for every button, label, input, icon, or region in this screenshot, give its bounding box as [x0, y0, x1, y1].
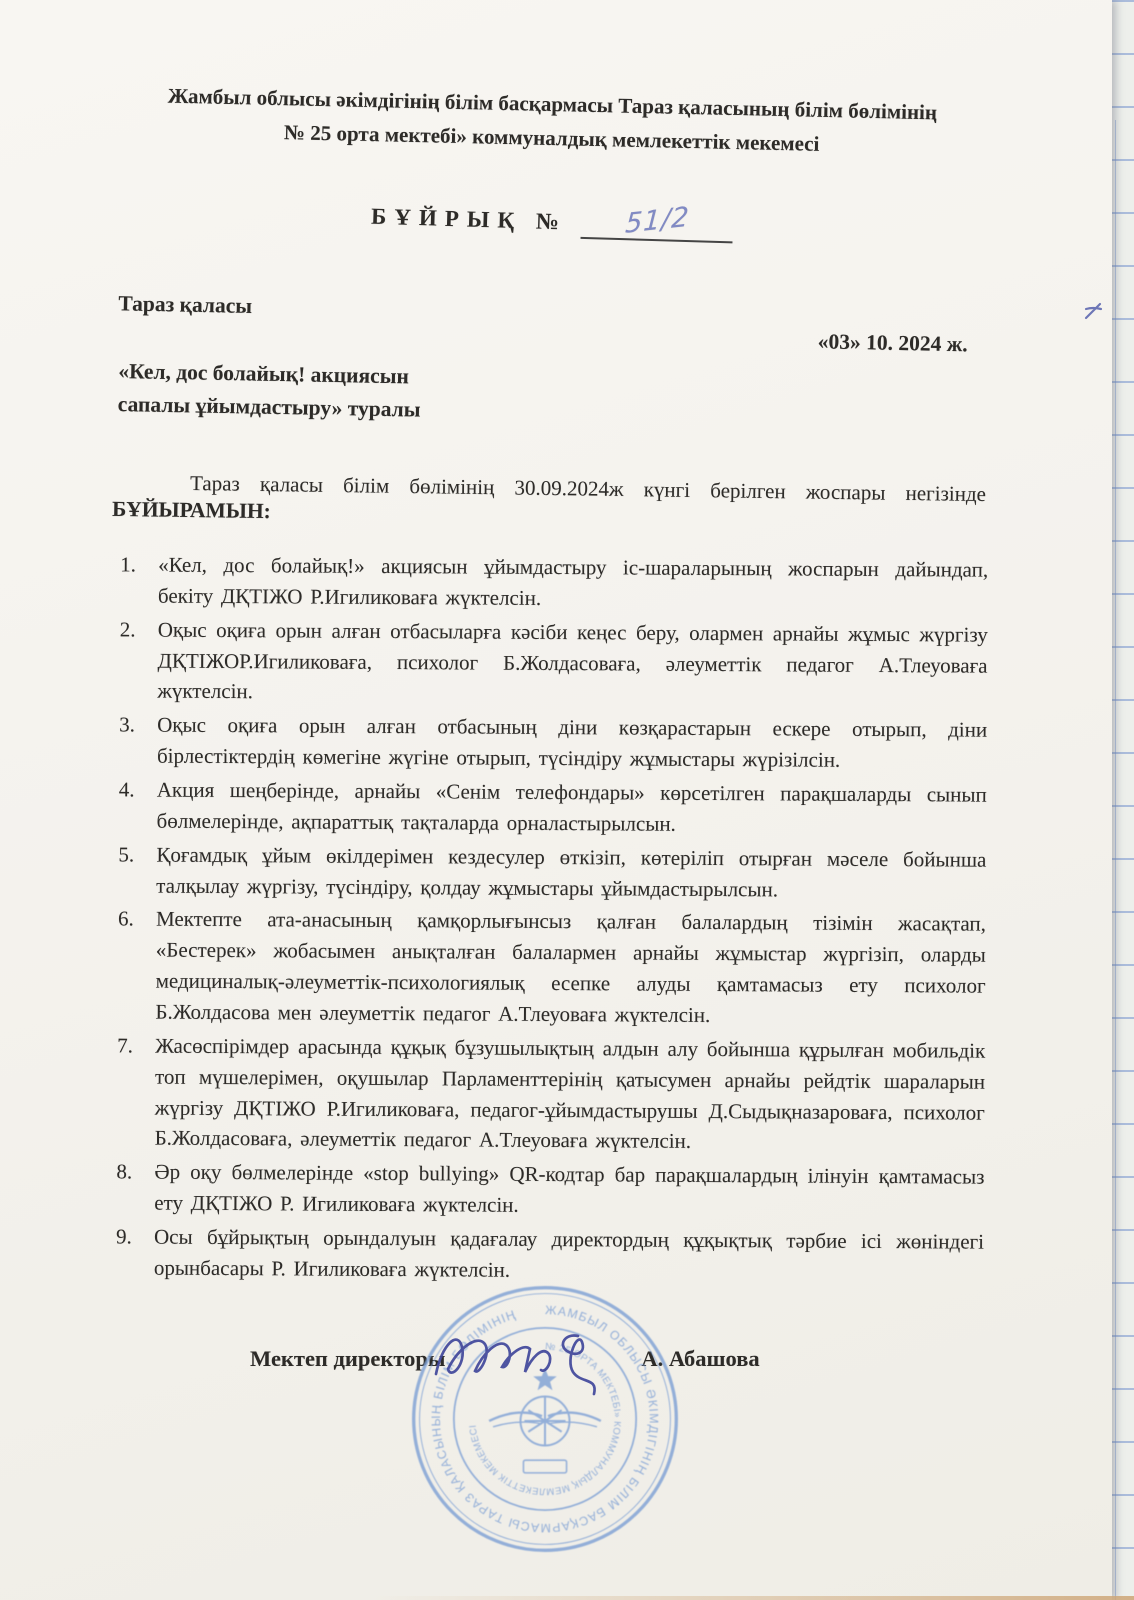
item-text: Оқыс оқиға орын алған отбасыларға кәсіби…: [157, 614, 988, 712]
item-number: 5.: [118, 839, 156, 901]
item-text: Жасөспірімдер арасында құқық бұзушылықты…: [155, 1030, 986, 1159]
item-number: 1.: [120, 549, 158, 611]
order-item: 6. Мектепте ата-анасының қамқорлығынсыз …: [117, 904, 986, 1033]
document-photo: Жамбыл облысы әкімдігінің білім басқарма…: [0, 0, 1134, 1600]
item-number: 9.: [116, 1221, 154, 1283]
city-label: Тараз қаласы: [118, 291, 253, 343]
order-item: 4. Акция шеңберінде, арнайы «Сенім телеф…: [118, 774, 986, 841]
pen-mark: [1083, 298, 1105, 324]
item-text: «Кел, дос болайық!» акциясын ұйымдастыру…: [158, 549, 988, 616]
order-item: 3. Оқыс оқиға орын алған отбасының діни …: [119, 709, 987, 776]
order-item: 7. Жасөспірімдер арасында құқық бұзушылы…: [117, 1030, 986, 1159]
item-text: Оқыс оқиға орын алған отбасының діни көз…: [157, 710, 987, 777]
order-subject: «Кел, дос болайық! акциясын сапалы ұйымд…: [117, 355, 986, 438]
item-text: Акция шеңберінде, арнайы «Сенім телефонд…: [156, 774, 986, 841]
item-number: 4.: [118, 774, 156, 836]
order-number-underline: 51/2: [580, 206, 733, 243]
order-item: 2. Оқыс оқиға орын алған отбасыларға кәс…: [119, 614, 988, 712]
order-items-list: 1. «Кел, дос болайық!» акциясын ұйымдаст…: [116, 549, 988, 1288]
order-item: 8. Әр оқу бөлмелерінде «stop bullying» Q…: [116, 1156, 984, 1223]
director-signature: [426, 1312, 656, 1412]
item-text: Қоғамдық ұйым өкілдерімен кездесулер өтк…: [156, 839, 986, 906]
item-number: 2.: [119, 614, 158, 707]
city-date-row: Тараз қаласы «03» 10. 2024 ж.: [118, 291, 987, 357]
item-text: Әр оқу бөлмелерінде «stop bullying» QR-к…: [154, 1157, 984, 1224]
item-number: 3.: [119, 709, 157, 771]
order-item: 5. Қоғамдық ұйым өкілдерімен кездесулер …: [118, 839, 986, 906]
item-number: 7.: [117, 1030, 156, 1154]
photo-bottom-edge: [374, 1596, 1134, 1600]
date-label: «03» 10. 2024 ж.: [817, 330, 967, 358]
order-title: БҰЙРЫҚ №: [371, 204, 568, 235]
order-title-line: БҰЙРЫҚ №51/2: [118, 192, 987, 251]
order-item: 1. «Кел, дос болайық!» акциясын ұйымдаст…: [120, 549, 988, 616]
org-header: Жамбыл облысы әкімдігінің білім басқарма…: [117, 79, 986, 165]
item-number: 8.: [116, 1156, 154, 1218]
order-number-handwritten: 51/2: [624, 202, 690, 241]
item-text: Мектепте ата-анасының қамқорлығынсыз қал…: [155, 904, 986, 1033]
item-number: 6.: [117, 904, 156, 1028]
